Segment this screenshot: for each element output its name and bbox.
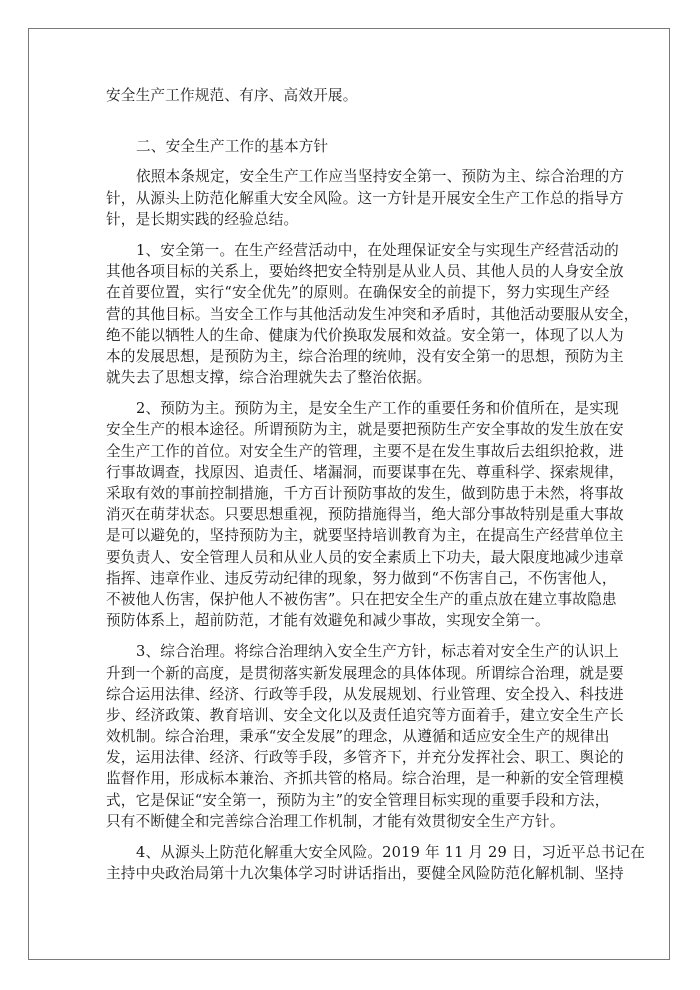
paragraph-safety-first: 1、安全第一。在生产经营活动中，在处理保证安全与实现生产经营活动的 其他各项目标… [106, 240, 602, 388]
paragraph-line: 消灭在萌芽状态。只要思想重视，预防措施得当，绝大部分事故特别是重大事故 [106, 504, 602, 525]
paragraph-line: 主持中央政治局第十九次集体学习时讲话指出，要健全风险防范化解机制、坚持 [106, 863, 602, 884]
paragraph-line: 4、从源头上防范化解重大安全风险。2019 年 11 月 29 日，习近平总书记… [106, 842, 602, 863]
paragraph-line: 全生产工作的首位。对安全生产的管理，主要不是在发生事故后去组织抢救，进 [106, 441, 602, 462]
paragraph-line: 2、预防为主。预防为主，是安全生产工作的重要任务和价值所在，是实现 [106, 398, 602, 419]
paragraph-line: 就失去了思想支撑，综合治理就失去了整治依据。 [106, 367, 602, 388]
paragraph-line: 发，运用法律、经济、行政等手段，多管齐下，并充分发挥社会、职工、舆论的 [106, 747, 602, 768]
paragraph-line: 营的其他目标。当安全工作与其他活动发生冲突和矛盾时，其他活动要服从安全， [106, 304, 602, 325]
paragraph-line: 只有不断健全和完善综合治理工作机制，才能有效贯彻安全生产方针。 [106, 811, 602, 832]
paragraph-line: 其他各项目标的关系上，要始终把安全特别是从业人员、其他人员的人身安全放 [106, 261, 602, 282]
section-heading: 二、安全生产工作的基本方针 [106, 136, 602, 157]
paragraph-line: 1、安全第一。在生产经营活动中，在处理保证安全与实现生产经营活动的 [106, 240, 602, 261]
paragraph-line: 是可以避免的，坚持预防为主，就要坚持培训教育为主，在提高生产经营单位主 [106, 525, 602, 546]
paragraph-line: 要负责人、安全管理人员和从业人员的安全素质上下功夫，最大限度地减少违章 [106, 547, 602, 568]
paragraph-line: 综合运用法律、经济、行政等手段，从发展规划、行业管理、安全投入、科技进 [106, 684, 602, 705]
paragraph-line: 监督作用，形成标本兼治、齐抓共管的格局。综合治理，是一种新的安全管理模 [106, 768, 602, 789]
paragraph-line: 本的发展思想，是预防为主，综合治理的统帅，没有安全第一的思想，预防为主 [106, 346, 602, 367]
paragraph-line: 式，它是保证“安全第一，预防为主”的安全管理目标实现的重要手段和方法， [106, 790, 602, 811]
opening-line: 安全生产工作规范、有序、高效开展。 [106, 85, 602, 106]
paragraph-source-risk-prevention: 4、从源头上防范化解重大安全风险。2019 年 11 月 29 日，习近平总书记… [106, 842, 602, 884]
paragraph-line: 不被他人伤害，保护他人不被伤害”。只在把安全生产的重点放在建立事故隐患 [106, 589, 602, 610]
paragraph-line: 升到一个新的高度，是贯彻落实新发展理念的具体体现。所谓综合治理，就是要 [106, 663, 602, 684]
paragraph-line: 步、经济政策、教育培训、安全文化以及责任追究等方面着手，建立安全生产长 [106, 705, 602, 726]
paragraph-line: 3、综合治理。将综合治理纳入安全生产方针，标志着对安全生产的认识上 [106, 641, 602, 662]
document-body: 安全生产工作规范、有序、高效开展。 二、安全生产工作的基本方针 依照本条规定，安… [106, 85, 602, 894]
paragraph-line: 依照本条规定，安全生产工作应当坚持安全第一、预防为主、综合治理的方 [106, 166, 602, 187]
paragraph-line: 针，是长期实践的经验总结。 [106, 209, 602, 230]
paragraph-line: 绝不能以牺牲人的生命、健康为代价换取发展和效益。安全第一，体现了以人为 [106, 325, 602, 346]
paragraph-line: 行事故调查，找原因、追责任、堵漏洞，而要谋事在先、尊重科学、探索规律， [106, 462, 602, 483]
paragraph-line: 针，从源头上防范化解重大安全风险。这一方针是开展安全生产工作总的指导方 [106, 188, 602, 209]
paragraph-prevention-first: 2、预防为主。预防为主，是安全生产工作的重要任务和价值所在，是实现 安全生产的根… [106, 398, 602, 631]
paragraph-intro: 依照本条规定，安全生产工作应当坚持安全第一、预防为主、综合治理的方 针，从源头上… [106, 166, 602, 230]
paragraph-line: 安全生产的根本途径。所谓预防为主，就是要把预防生产安全事故的发生放在安 [106, 419, 602, 440]
paragraph-comprehensive-governance: 3、综合治理。将综合治理纳入安全生产方针，标志着对安全生产的认识上 升到一个新的… [106, 641, 602, 832]
paragraph-line: 预防体系上，超前防范，才能有效避免和减少事故，实现安全第一。 [106, 610, 602, 631]
paragraph-line: 效机制。综合治理，秉承“安全发展”的理念，从遵循和适应安全生产的规律出 [106, 726, 602, 747]
paragraph-line: 在首要位置，实行“安全优先”的原则。在确保安全的前提下，努力实现生产经 [106, 282, 602, 303]
paragraph-line: 采取有效的事前控制措施，千方百计预防事故的发生，做到防患于未然，将事故 [106, 483, 602, 504]
paragraph-line: 指挥、违章作业、违反劳动纪律的现象，努力做到“不伤害自己，不伤害他人， [106, 568, 602, 589]
